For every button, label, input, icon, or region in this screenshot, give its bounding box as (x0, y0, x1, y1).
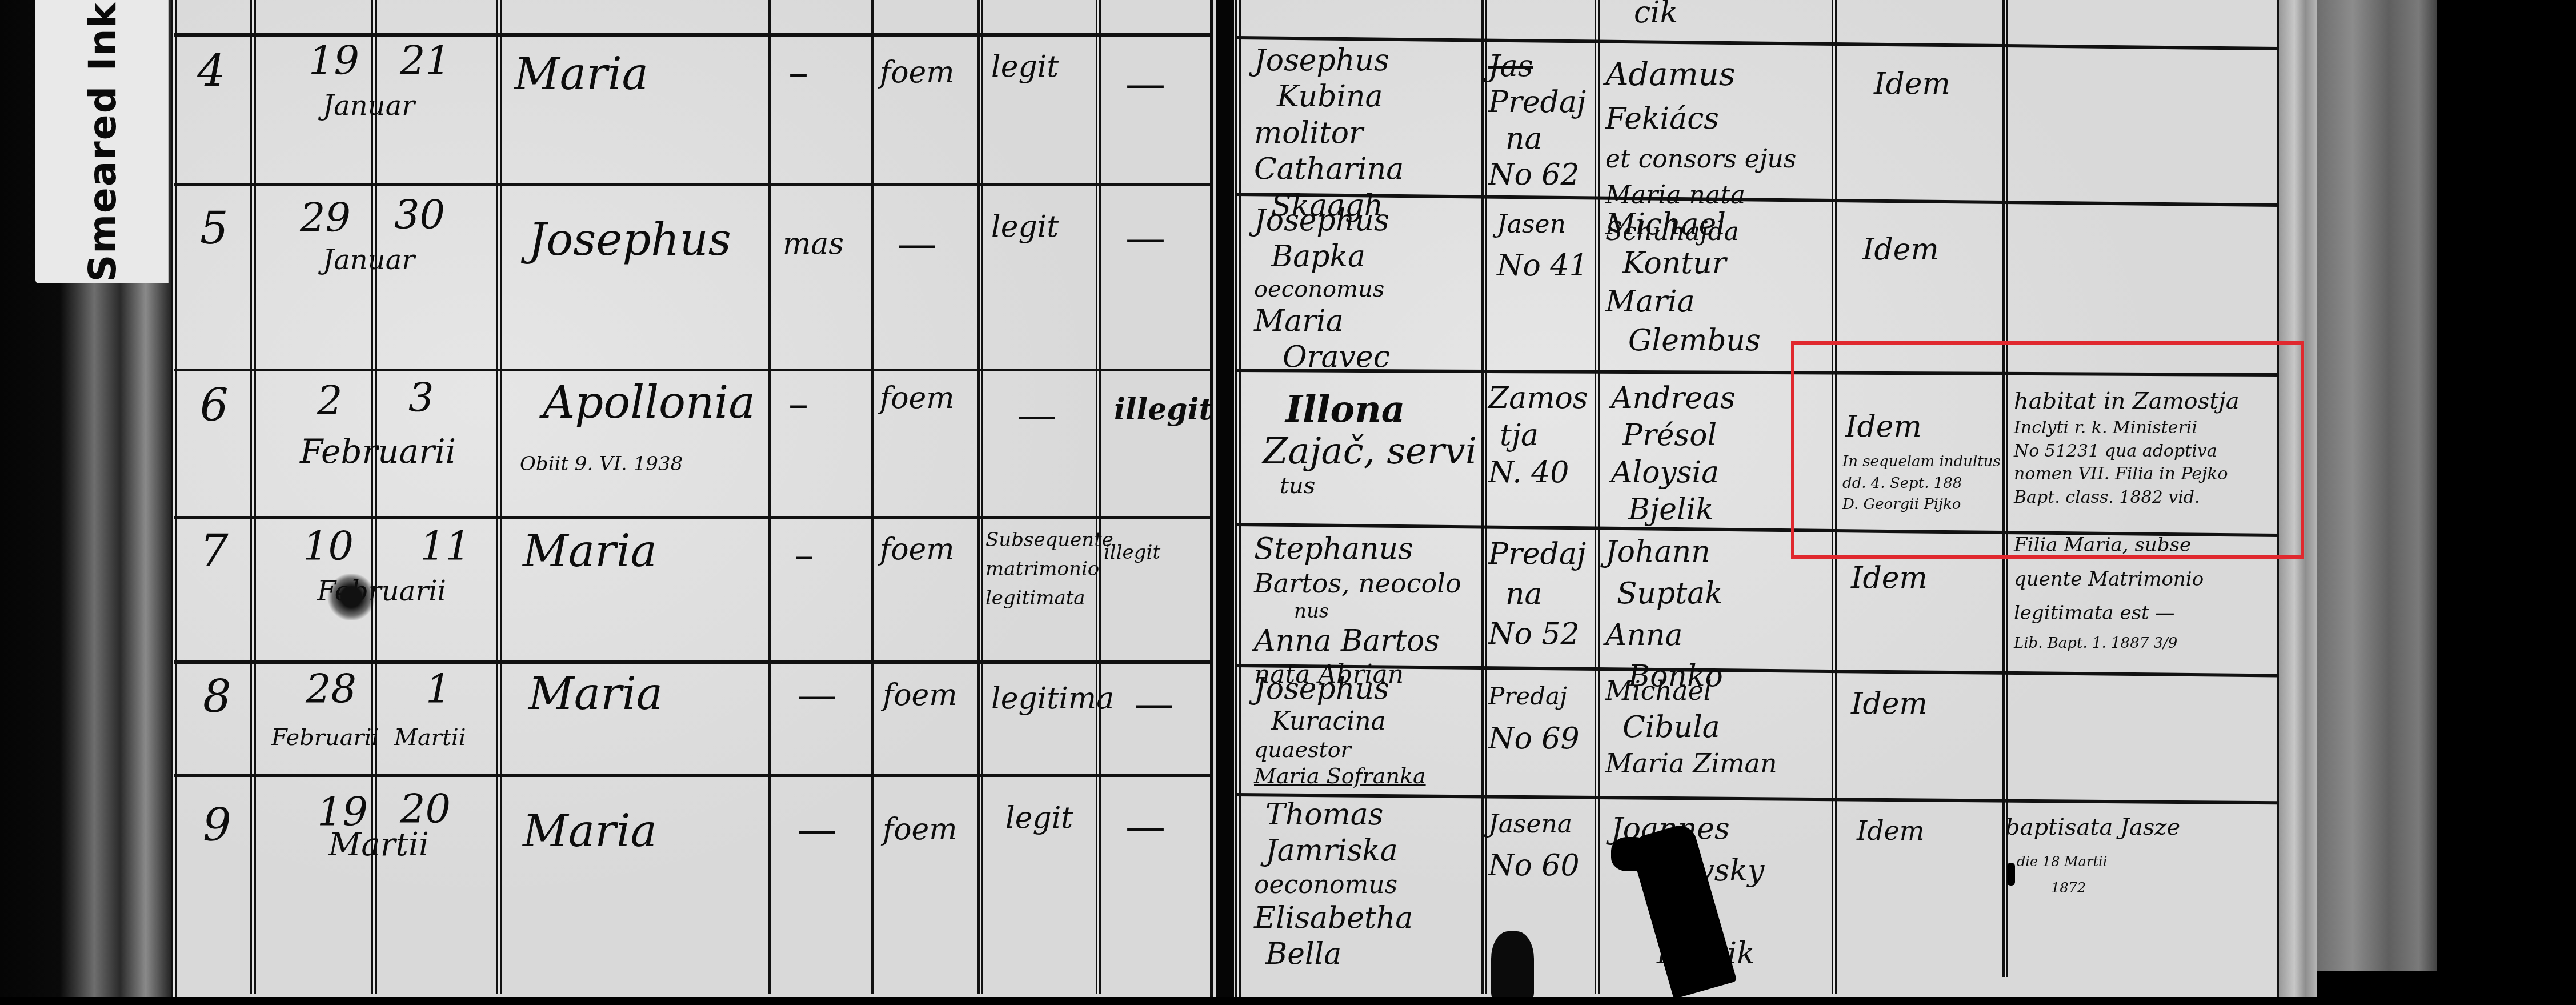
child-name: Maria (523, 808, 657, 855)
baptism-day: 11 (420, 526, 471, 568)
legitimate: legit (991, 211, 1059, 243)
column-divider (250, 0, 256, 994)
column-divider (768, 0, 771, 994)
sex-male: – (788, 51, 808, 94)
column-divider (977, 0, 983, 994)
row-divider (174, 369, 1213, 371)
sex-male: mas (783, 229, 844, 260)
sex-female: foem (883, 814, 958, 846)
partial-text-top: cik (1634, 0, 1678, 29)
left-page-border (171, 0, 177, 997)
entry-number: 9 (203, 803, 231, 850)
remarks: baptisata Jasze die 18 Martii 1872 (2005, 806, 2180, 901)
column-divider (1096, 0, 1101, 994)
baptism-day: 3 (408, 377, 434, 419)
month: Februarii (271, 726, 379, 750)
legitimate: legitima (991, 683, 1077, 715)
baptizer: Idem (1851, 688, 1928, 720)
house-number: Zamos tja N. 40 (1488, 380, 1588, 491)
baptism-day: 21 (400, 40, 451, 82)
parents: Josephus Kuracina quaestor Maria Sofrank… (1254, 671, 1426, 789)
parents: Illona Zajač, servi tus (1263, 389, 1477, 499)
child-name: Maria (514, 51, 648, 98)
baptizer: Idem (1874, 69, 1950, 100)
column-divider (1210, 0, 1213, 997)
sex-male: – (794, 534, 814, 576)
parents: Stephanus Bartos, neocolo nus Anna Barto… (1254, 531, 1461, 690)
sex-male: – (788, 383, 808, 425)
sex-male: — (797, 808, 837, 851)
house-number: Jasen No 41 (1497, 206, 1588, 288)
illegitimate: — (1125, 806, 1165, 848)
sex-male: — (797, 674, 837, 716)
child-name: Josephus (528, 217, 731, 264)
month: Martii (328, 828, 429, 862)
month: Februarii (300, 434, 456, 469)
illegitimate: — (1125, 63, 1165, 105)
legitimate: legit (991, 51, 1059, 83)
parents: Thomas Jamriska oeconomus Elisabetha Bel… (1254, 797, 1413, 972)
baptism-day: 30 (394, 194, 445, 237)
baptism-day: 20 (400, 788, 451, 831)
birth-day: 29 (300, 197, 351, 239)
entry-number: 7 (200, 528, 229, 575)
row-divider (174, 774, 1213, 777)
column-divider (1595, 0, 1600, 994)
month: Januar (323, 91, 415, 120)
illegitimate: illegit (1114, 394, 1212, 426)
legitimation-note: Subsequente matrimonio legitimata (985, 526, 1094, 613)
godparents: Michael Cibula Maria Ziman (1605, 674, 1777, 781)
illegitimate: — (1125, 217, 1165, 259)
tag-label: Smeared Ink (81, 2, 125, 282)
birth-day: 28 (306, 668, 356, 711)
row-divider (174, 183, 1213, 186)
child-name: Maria (523, 528, 657, 575)
sex-female: foem (880, 534, 955, 566)
column-divider (871, 0, 874, 994)
birth-day: 2 (317, 380, 343, 422)
house-number: Jas Predaj na No 62 (1488, 49, 1586, 194)
row-divider (174, 516, 1213, 519)
sex-female: foem (880, 383, 955, 414)
birth-day: 10 (303, 526, 354, 568)
illegitimate: — (1134, 683, 1174, 725)
entry-number: 8 (203, 674, 231, 721)
right-page-border (1235, 0, 1241, 997)
column-divider (1481, 0, 1487, 994)
house-number: Predaj No 69 (1488, 677, 1580, 763)
row-divider (174, 33, 1213, 37)
entry-number: 5 (200, 206, 229, 253)
ink-blot (326, 574, 377, 620)
column-divider (496, 0, 502, 994)
ink-smear (1491, 931, 1534, 1000)
parents: Josephus Bapka oeconomus Maria Oravec (1254, 203, 1390, 376)
ink-spot (2007, 863, 2015, 886)
birth-day: 19 (309, 40, 359, 82)
house-number: Jasena No 60 (1488, 806, 1580, 888)
house-number: Predaj na No 52 (1488, 534, 1586, 655)
baptism-day: 1 (426, 668, 451, 711)
baptizer: Idem (1862, 234, 1939, 266)
entry-number: 4 (197, 49, 226, 95)
ink-smear (1611, 837, 1651, 871)
godparents: Michael Kontur Maria Glembus (1605, 206, 1761, 360)
godparents: Johann Suptak Anna Bonko (1605, 531, 1723, 698)
child-name: Maria (528, 671, 663, 718)
child-name: Apollonia (543, 380, 755, 427)
entry-number: 6 (200, 383, 229, 430)
legitimate: legit (1005, 803, 1073, 834)
godparents: Andreas Présol Aloysia Bjelik (1611, 380, 1736, 528)
parents: Josephus Kubina molitor Catharina Skaagh (1254, 43, 1404, 224)
month: Januar (323, 246, 415, 274)
page-stack (2317, 0, 2437, 971)
row-divider (174, 660, 1213, 664)
legitimate: — (1017, 394, 1057, 437)
baptizer: Idem (1851, 563, 1928, 594)
register-scan: Smeared Ink 4 19 21 Januar Maria – foem … (0, 0, 2576, 1005)
smeared-ink-tag: Smeared Ink (35, 0, 169, 283)
death-note: Obiit 9. VI. 1938 (520, 454, 683, 475)
book-gutter (1216, 0, 1234, 1005)
bottom-edge (0, 997, 2576, 1005)
sex-female: foem (880, 57, 955, 89)
baptizer: Idem (1857, 817, 1924, 844)
sex-female: foem (883, 680, 958, 711)
sex-female: — (897, 223, 937, 265)
highlight-box (1791, 341, 2304, 559)
month-second: Martii (394, 726, 466, 750)
illegitimate: illegit (1104, 543, 1160, 563)
